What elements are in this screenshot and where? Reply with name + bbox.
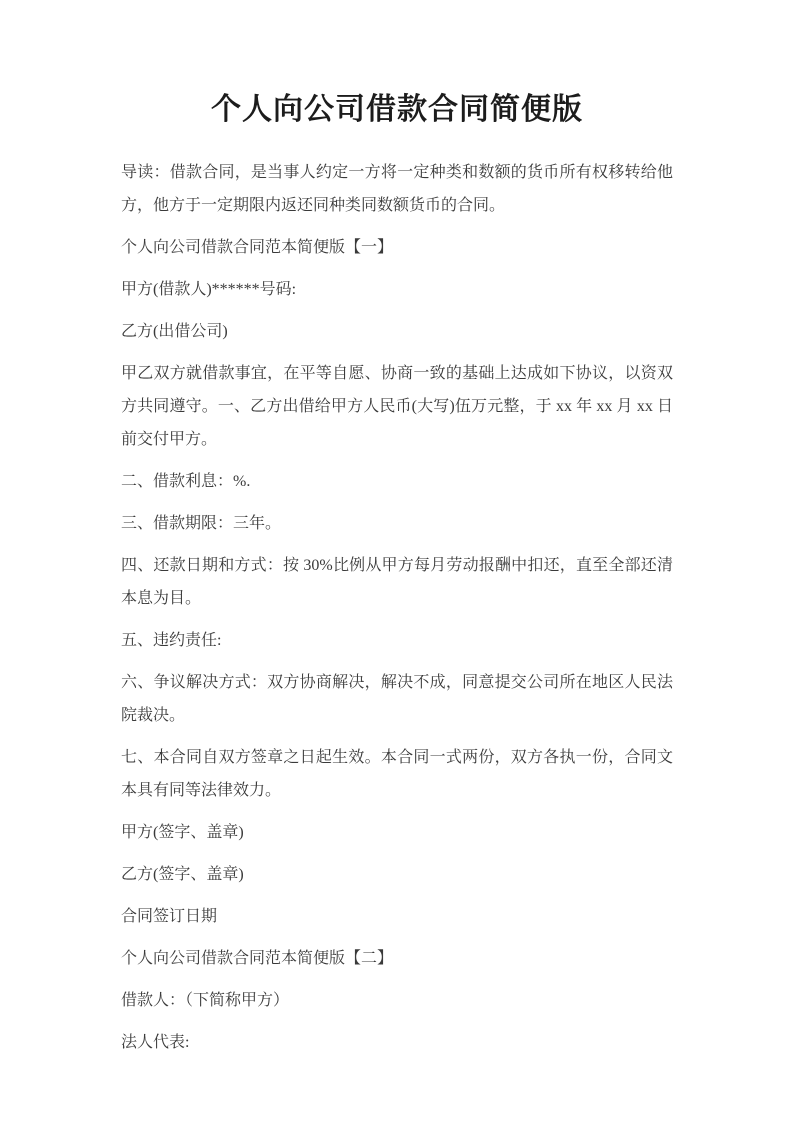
paragraph-clause3-term: 三、借款期限：三年。 [121, 507, 673, 540]
paragraph-party-a-signature: 甲方(签字、盖章) [121, 816, 673, 849]
paragraph-clause7-effectiveness: 七、本合同自双方签章之日起生效。本合同一式两份，双方各执一份，合同文本具有同等法… [121, 741, 673, 807]
document-title: 个人向公司借款合同简便版 [121, 90, 673, 130]
paragraph-party-a: 甲方(借款人)******号码: [121, 273, 673, 306]
paragraph-clause5-breach: 五、违约责任: [121, 624, 673, 657]
paragraph-legal-representative: 法人代表: [121, 1026, 673, 1059]
paragraph-template2-heading: 个人向公司借款合同范本简便版【二】 [121, 942, 673, 975]
paragraph-clause4-repayment: 四、还款日期和方式：按 30%比例从甲方每月劳动报酬中扣还，直至全部还清本息为目… [121, 549, 673, 615]
paragraph-signing-date: 合同签订日期 [121, 900, 673, 933]
paragraph-clause6-dispute: 六、争议解决方式：双方协商解决，解决不成，同意提交公司所在地区人民法院裁决。 [121, 666, 673, 732]
paragraph-party-b-signature: 乙方(签字、盖章) [121, 858, 673, 891]
paragraph-borrower: 借款人：（下简称甲方） [121, 984, 673, 1017]
paragraph-clause2-interest: 二、借款利息：%. [121, 465, 673, 498]
paragraph-template1-heading: 个人向公司借款合同范本简便版【一】 [121, 231, 673, 264]
document-page: 个人向公司借款合同简便版 导读：借款合同，是当事人约定一方将一定种类和数额的货币… [0, 0, 793, 1122]
paragraph-agreement-clause1: 甲乙双方就借款事宜，在平等自愿、协商一致的基础上达成如下协议，以资双方共同遵守。… [121, 357, 673, 456]
paragraph-party-b: 乙方(出借公司) [121, 315, 673, 348]
paragraph-intro: 导读：借款合同，是当事人约定一方将一定种类和数额的货币所有权移转给他方，他方于一… [121, 156, 673, 222]
